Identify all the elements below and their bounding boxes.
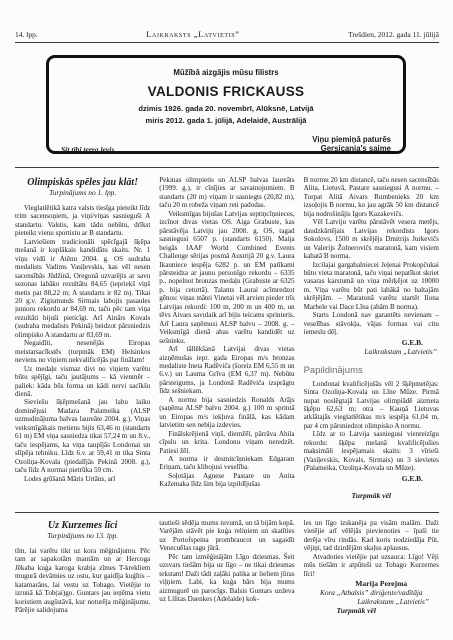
addendum-paragraph: Līdz ar to Latvija sasniegusi vienreizīg… xyxy=(304,430,439,472)
kurzeme-column-1: Uz Kurzemes līci Turpinājums no 13. lpp.… xyxy=(15,519,150,637)
kurzeme-paragraph: tīm, lai varētu tikt uz kora mēģinājumu.… xyxy=(15,547,150,615)
olympics-to-be-continued: Turpmāk vēl xyxy=(304,491,439,500)
olympics-paragraph: Lodes grūšanā Māris Urtāns, arī xyxy=(15,475,150,483)
kurzeme-paragraph: Atvadoties vietējie pat uzsauca: Līgo! V… xyxy=(304,553,439,578)
kurzeme-signature-name: Marija Perejma xyxy=(304,579,439,588)
obituary-divider-rule xyxy=(15,167,439,168)
olympics-paragraph: Veiksmīgas bijušas Latvijas septiņcīņnie… xyxy=(159,210,294,345)
kurzeme-article-title: Uz Kurzemes līci xyxy=(15,520,150,531)
kurzeme-paragraph: tautieši sēdēja mums tuvumā, un tā bijām… xyxy=(159,519,294,553)
olympics-paragraph: Izcilajai gargabalniecei Jeļenai Prokopč… xyxy=(304,261,439,312)
olympics-paragraph: Starts Londonā nav garantēts nevienam – … xyxy=(304,311,439,336)
addendum-title: Papildinājums xyxy=(304,365,439,376)
olympics-paragraph: Uz medaļu vismaz divi no viņiem varētu b… xyxy=(15,365,150,399)
header-rule xyxy=(15,42,439,43)
issue-date: Trešdien, 2012. gada 11. jūlijā xyxy=(348,30,439,39)
olympics-paragraph: A normu bija sasniedzis Ronalds Arājs (s… xyxy=(159,396,294,430)
kurzeme-signature-role: Kora „Atbalsis” diriģente/vadītāja xyxy=(304,588,439,597)
kurzeme-paragraph: les un līgo izskanēja pa visām malām. Da… xyxy=(304,519,439,553)
olympics-paragraph: Finālskrējienā viņš, diemžēl, pārrāva Ah… xyxy=(159,430,294,455)
kurzeme-column-3: les un līgo izskanēja pa visām malām. Da… xyxy=(304,519,439,637)
olympics-paragraph: A norma ir desmitcīņniekam Edgaram Eriņa… xyxy=(159,455,294,472)
olympics-column-3: B normu 20 km distancē, taču nesen sacen… xyxy=(304,176,439,509)
obituary-intro: Mūžībā aizgājis mūsu filistrs xyxy=(61,68,391,77)
obituary-epitaph: Sit tibi terra levis. xyxy=(61,145,116,154)
olympics-signature-source: Laikrakstam „Latvietis” xyxy=(304,347,439,356)
kurzeme-article-subtitle: Turpinājums no 13. lpp. xyxy=(15,531,150,540)
olympics-column-1: Olimpiskās spēles jau klāt! Turpinājums … xyxy=(15,176,150,509)
olympics-paragraph: Latviešiem tradicionāli spēcīgajā šķēpa … xyxy=(15,238,150,339)
obituary-box: Mūžībā aizgājis mūsu filistrs VALDONIS F… xyxy=(46,55,406,154)
obituary-died: miris 2012. gada 1. jūlijā, Adelaidē, Au… xyxy=(61,116,391,125)
obituary-mourners: Viņu piemiņā paturēs Gersicania's saime xyxy=(312,135,391,154)
kurzeme-article-section: Uz Kurzemes līci Turpinājums no 13. lpp.… xyxy=(15,519,439,637)
olympics-paragraph: Vieglatlētikā katra valsts tiesīga piete… xyxy=(15,204,150,238)
olympics-paragraph: Negaidīti, nesenējās Eiropas meistarsacī… xyxy=(15,339,150,364)
olympics-signature: G.E.B. xyxy=(304,338,439,347)
olympics-column-2: Pekinas olimpietis un ALSP balvas laureā… xyxy=(159,176,294,509)
newspaper-page: 14. lpp. Laikraksts „Latvietis” Trešdien… xyxy=(0,0,453,640)
olympics-paragraph: Arī tāllēkšanā Latvijai divas vietas aiz… xyxy=(159,345,294,396)
olympics-paragraph: B normu 20 km distancē, taču nesen sacen… xyxy=(304,176,439,218)
olympics-paragraph: Pekinas olimpietis un ALSP balvas laureā… xyxy=(159,176,294,210)
olympics-paragraph: Vēl Latviju varētu pārstāvēt vesera metē… xyxy=(304,218,439,260)
kurzeme-signature-source: Laikrakstam „Latvietis” xyxy=(304,597,439,606)
addendum-paragraph: Londonai kvalificējušās vēl 2 šķēpmetēja… xyxy=(304,380,439,431)
masthead: Laikraksts „Latvietis” xyxy=(146,29,239,39)
olympics-article-section: Olimpiskās spēles jau klāt! Turpinājums … xyxy=(15,176,439,509)
olympics-article-subtitle: Turpinājums no 1. lpp. xyxy=(15,188,150,197)
page-number: 14. lpp. xyxy=(15,30,38,39)
olympics-paragraph: Sieviešu šķēpmešanā jau labu laiku domin… xyxy=(15,398,150,474)
olympics-paragraph: Soļotājas Agnese Pastare un Anita Kažema… xyxy=(159,472,294,489)
kurzeme-to-be-continued: Turpmāk vēl xyxy=(304,606,439,615)
obituary-name: VALDONIS FRICKAUSS xyxy=(61,84,391,99)
obituary-footer: Sit tibi terra levis. Viņu piemiņā patur… xyxy=(61,135,391,154)
olympics-article-title: Olimpiskās spēles jau klāt! xyxy=(15,177,150,188)
obituary-born: dzimis 1926. gada 20. novembrī, Alūksnē,… xyxy=(61,104,391,113)
kurzeme-paragraph: Pēc tam izmēģinājām Līgo dziesmas. Šeit … xyxy=(159,553,294,604)
obituary-mourners-line2: Gersicania's saime xyxy=(312,144,391,154)
addendum-signature: G.E.B. xyxy=(304,474,439,483)
obituary-mourners-line1: Viņu piemiņā paturēs xyxy=(312,135,391,145)
section-divider-rule xyxy=(15,512,439,513)
kurzeme-column-2: tautieši sēdēja mums tuvumā, un tā bijām… xyxy=(159,519,294,637)
page-header: 14. lpp. Laikraksts „Latvietis” Trešdien… xyxy=(15,29,439,39)
